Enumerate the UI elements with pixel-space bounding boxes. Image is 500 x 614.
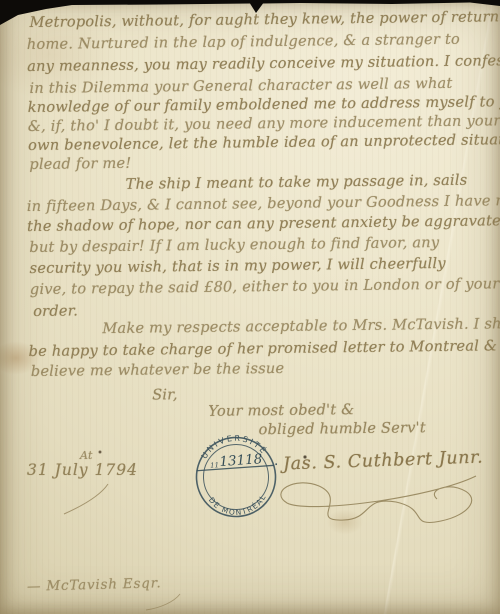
letter-line: order.: [33, 302, 78, 320]
stamp-number: 13118: [219, 451, 263, 470]
letter-line: home. Nurtured in the lap of indulgence,…: [27, 31, 460, 53]
closing-line-1: Your most obed't &: [208, 401, 354, 420]
closing-line-2: obliged humble Serv't: [258, 419, 425, 438]
letter-line: give, to repay the said £80, either to y…: [30, 275, 500, 298]
stamp-tick-marks: 11: [210, 461, 219, 470]
letter-line: be happy to take charge of her promised …: [29, 337, 498, 360]
letter-line: Make my respects acceptable to Mrs. McTa…: [102, 315, 500, 337]
letter-line: in fifteen Days, & I cannot see, beyond …: [27, 192, 500, 215]
letter-line: but by despair! If I am lucky enough to …: [29, 234, 439, 256]
closing-salutation: Sir,: [152, 386, 178, 403]
addressee-flourish: [140, 592, 190, 614]
letter-line: plead for me!: [29, 155, 131, 173]
letter-line: own benevolence, let the humble idea of …: [28, 131, 500, 154]
letter-photograph: Metropolis, without, for aught they knew…: [0, 0, 500, 614]
signature-flourish: [266, 468, 494, 532]
dateline-date: 31 July 1794: [27, 461, 138, 479]
letter-line: security you wish, that is in my power, …: [30, 255, 446, 277]
letter-line: the shadow of hope, nor can any present …: [27, 212, 500, 235]
date-pen-flourish: [60, 482, 120, 518]
letter-line: The ship I meant to take my passage in, …: [125, 172, 467, 193]
stamp-arc-bottom-text: DE MONTRÉAL: [207, 492, 270, 519]
letter-line: Metropolis, without, for aught they knew…: [30, 8, 500, 31]
letter-line: believe me whatever be the issue: [31, 360, 285, 380]
stamp-line-dot: [275, 463, 277, 465]
letter-line: any meanness, you may readily conceive m…: [27, 52, 500, 75]
